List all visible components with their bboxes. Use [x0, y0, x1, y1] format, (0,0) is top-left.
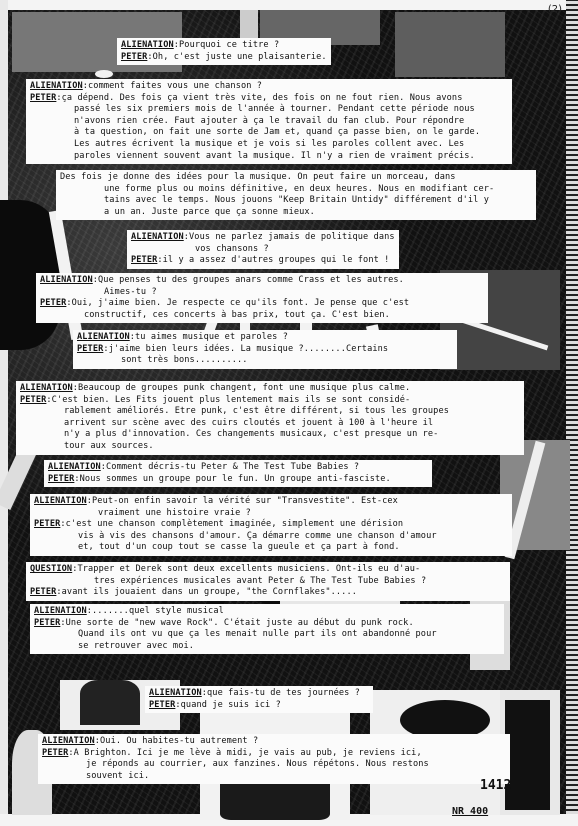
speaker-text: :A Brighton. Ici je me lève à midi, je v… [68, 748, 421, 758]
speaker-label: ALIENATION [34, 606, 87, 616]
interview-line: ALIENATION:Peut-on enfin savoir la vérit… [34, 496, 508, 508]
interview-block-anars: ALIENATION:Que penses tu des groupes ana… [36, 273, 488, 323]
speaker-label: PETER [30, 587, 56, 597]
interview-line: paroles viennent souvent avant la musiqu… [30, 151, 508, 163]
speaker-label: PETER [34, 519, 60, 529]
speaker-text: :ça dépend. Des fois ça vient très vite,… [56, 93, 462, 103]
interview-line: Quand ils ont vu que ça les menait nulle… [34, 629, 500, 641]
catalog-number: NR 400 [452, 806, 488, 817]
speaker-text: :Trapper et Derek sont deux excellents m… [72, 564, 420, 574]
interview-line: arrivent sur scène avec des cuirs clouté… [20, 418, 520, 430]
interview-line: ALIENATION:comment faites vous une chans… [30, 81, 508, 93]
page-number: (2) [548, 4, 562, 15]
interview-block-trapper: QUESTION:Trapper et Derek sont deux exce… [26, 562, 510, 601]
interview-line: PETER:Une sorte de "new wave Rock". C'ét… [34, 618, 500, 630]
speaker-text: :Une sorte de "new wave Rock". C'était j… [60, 618, 413, 628]
speaker-text: :Comment décris-tu Peter & The Test Tube… [101, 462, 359, 472]
speaker-label: PETER [48, 474, 74, 484]
interview-line: ALIENATION:Que penses tu des groupes ana… [40, 275, 484, 287]
interview-line: à ta question, on fait une sorte de Jam … [30, 127, 508, 139]
interview-block-idees: Des fois je donne des idées pour la musi… [56, 170, 536, 220]
speaker-label: PETER [149, 700, 175, 710]
speaker-label: ALIENATION [77, 332, 130, 342]
speaker-text: :C'est bien. Les Fits jouent plus lentem… [46, 395, 410, 405]
interview-line: Aimes-tu ? [40, 287, 484, 299]
interview-block-journees: ALIENATION:que fais-tu de tes journées ?… [145, 686, 373, 713]
speaker-label: PETER [20, 395, 46, 405]
speaker-text: :.......quel style musical [87, 606, 224, 616]
collage-portrait [80, 680, 140, 725]
collage-photo [395, 12, 505, 77]
speaker-text: :Vous ne parlez jamais de politique dans [184, 232, 395, 242]
speaker-text: :avant ils jouaient dans un groupe, "the… [56, 587, 357, 597]
interview-line: PETER:il y a assez d'autres groupes qui … [131, 255, 395, 267]
interview-line: tres expériences musicales avant Peter &… [30, 576, 506, 588]
interview-line: ALIENATION:que fais-tu de tes journées ? [149, 688, 369, 700]
interview-block-transvestite: ALIENATION:Peut-on enfin savoir la vérit… [30, 494, 512, 556]
interview-line: PETER:ça dépend. Des fois ça vient très … [30, 93, 508, 105]
interview-block-changent: ALIENATION:Beaucoup de groupes punk chan… [16, 381, 524, 455]
interview-line: tour aux sources. [20, 441, 520, 453]
speaker-label: PETER [40, 298, 66, 308]
speaker-label: PETER [30, 93, 56, 103]
interview-line: vraiment une histoire vraie ? [34, 508, 508, 520]
speaker-text: :comment faites vous une chanson ? [83, 81, 262, 91]
speaker-text: :Peut-on enfin savoir la vérité sur "Tra… [87, 496, 398, 506]
interview-line: QUESTION:Trapper et Derek sont deux exce… [30, 564, 506, 576]
interview-line: ALIENATION:.......quel style musical [34, 606, 500, 618]
interview-line: Des fois je donne des idées pour la musi… [60, 172, 532, 184]
speaker-label: ALIENATION [34, 496, 87, 506]
interview-line: PETER:Oui, j'aime bien. Je respecte ce q… [40, 298, 484, 310]
interview-line: se retrouver avec moi. [34, 641, 500, 653]
page-margin-top [0, 0, 578, 10]
speaker-label: ALIENATION [20, 383, 73, 393]
speaker-text: :tu aimes musique et paroles ? [130, 332, 288, 342]
interview-line: rablement améliorés. Etre punk, c'est êt… [20, 406, 520, 418]
speaker-label: ALIENATION [149, 688, 202, 698]
speaker-label: ALIENATION [30, 81, 83, 91]
interview-line: passé les six premiers mois de l'année à… [30, 104, 508, 116]
interview-line: ALIENATION:Comment décris-tu Peter & The… [48, 462, 428, 474]
speaker-text: :Pourquoi ce titre ? [174, 40, 279, 50]
speaker-text: :quand je suis ici ? [175, 700, 280, 710]
interview-line: constructif, ces concerts à bas prix, to… [40, 310, 484, 322]
interview-line: PETER:Nous sommes un groupe pour le fun.… [48, 474, 428, 486]
speaker-text: :il y a assez d'autres groupes qui le fo… [157, 255, 389, 265]
speaker-label: ALIENATION [131, 232, 184, 242]
speaker-text: :que fais-tu de tes journées ? [202, 688, 360, 698]
speaker-label: ALIENATION [42, 736, 95, 746]
interview-line: et, tout d'un coup tout se casse la gueu… [34, 542, 508, 554]
speaker-label: ALIENATION [121, 40, 174, 50]
page-margin-right [566, 0, 578, 826]
catalog-code: 1412 [480, 778, 511, 793]
speaker-text: :j'aime bien leurs idées. La musique ?..… [103, 344, 388, 354]
speaker-text: :Que penses tu des groupes anars comme C… [93, 275, 404, 285]
speaker-label: PETER [121, 52, 147, 62]
speaker-text: :Oui, j'aime bien. Je respecte ce qu'ils… [66, 298, 409, 308]
interview-line: une forme plus ou moins définitive, en d… [60, 184, 532, 196]
page-margin-left [0, 0, 8, 826]
speaker-label: ALIENATION [48, 462, 101, 472]
speaker-text: :c'est une chanson complètement imaginée… [60, 519, 403, 529]
interview-line: PETER:quand je suis ici ? [149, 700, 369, 712]
speaker-text: :Nous sommes un groupe pour le fun. Un g… [74, 474, 390, 484]
speaker-label: PETER [34, 618, 60, 628]
speaker-label: PETER [42, 748, 68, 758]
interview-block-chanson: ALIENATION:comment faites vous une chans… [26, 79, 512, 164]
interview-line: PETER:A Brighton. Ici je me lève à midi,… [42, 748, 506, 760]
interview-line: n'y a plus d'innovation. Ces changements… [20, 429, 520, 441]
interview-block-decris: ALIENATION:Comment décris-tu Peter & The… [44, 460, 432, 487]
interview-line: ALIENATION:Pourquoi ce titre ? [121, 40, 327, 52]
interview-line: ALIENATION:tu aimes musique et paroles ? [77, 332, 453, 344]
interview-line: PETER:j'aime bien leurs idées. La musiqu… [77, 344, 453, 356]
interview-line: ALIENATION:Vous ne parlez jamais de poli… [131, 232, 395, 244]
interview-line: sont très bons.......... [77, 355, 453, 367]
interview-line: n'avons rien crée. Faut ajouter à ça le … [30, 116, 508, 128]
speaker-text: :Oh, c'est juste une plaisanterie. [147, 52, 326, 62]
interview-line: PETER:avant ils jouaient dans un groupe,… [30, 587, 506, 599]
interview-line: Les autres écrivent la musique et je voi… [30, 139, 508, 151]
interview-line: souvent ici. [42, 771, 506, 783]
interview-line: ALIENATION:Oui. Ou habites-tu autrement … [42, 736, 506, 748]
interview-line: PETER:Oh, c'est juste une plaisanterie. [121, 52, 327, 64]
collage-portrait [505, 700, 550, 810]
collage-fragment [95, 70, 113, 78]
interview-block-style: ALIENATION:.......quel style musicalPETE… [30, 604, 504, 654]
speaker-label: PETER [131, 255, 157, 265]
interview-line: tains avec le temps. Nous jouons "Keep B… [60, 195, 532, 207]
interview-block-titre: ALIENATION:Pourquoi ce titre ?PETER:Oh, … [117, 38, 331, 65]
fanzine-page: (2) ALIENATION:Pourquoi ce titre ?PETER:… [0, 0, 578, 826]
interview-line: je réponds au courrier, aux fanzines. No… [42, 759, 506, 771]
interview-line: ALIENATION:Beaucoup de groupes punk chan… [20, 383, 520, 395]
speaker-text: :Beaucoup de groupes punk changent, font… [73, 383, 411, 393]
interview-line: PETER:C'est bien. Les Fits jouent plus l… [20, 395, 520, 407]
speaker-label: PETER [77, 344, 103, 354]
interview-block-paroles: ALIENATION:tu aimes musique et paroles ?… [73, 330, 457, 369]
speaker-label: QUESTION [30, 564, 72, 574]
interview-line: a un an. Juste parce que ça sonne mieux. [60, 207, 532, 219]
interview-line: vis à vis des chansons d'amour. Ça démar… [34, 531, 508, 543]
interview-block-habites: ALIENATION:Oui. Ou habites-tu autrement … [38, 734, 510, 784]
interview-block-politique: ALIENATION:Vous ne parlez jamais de poli… [127, 230, 399, 269]
interview-line: PETER:c'est une chanson complètement ima… [34, 519, 508, 531]
interview-line: vos chansons ? [131, 244, 395, 256]
speaker-text: :Oui. Ou habites-tu autrement ? [95, 736, 259, 746]
speaker-label: ALIENATION [40, 275, 93, 285]
